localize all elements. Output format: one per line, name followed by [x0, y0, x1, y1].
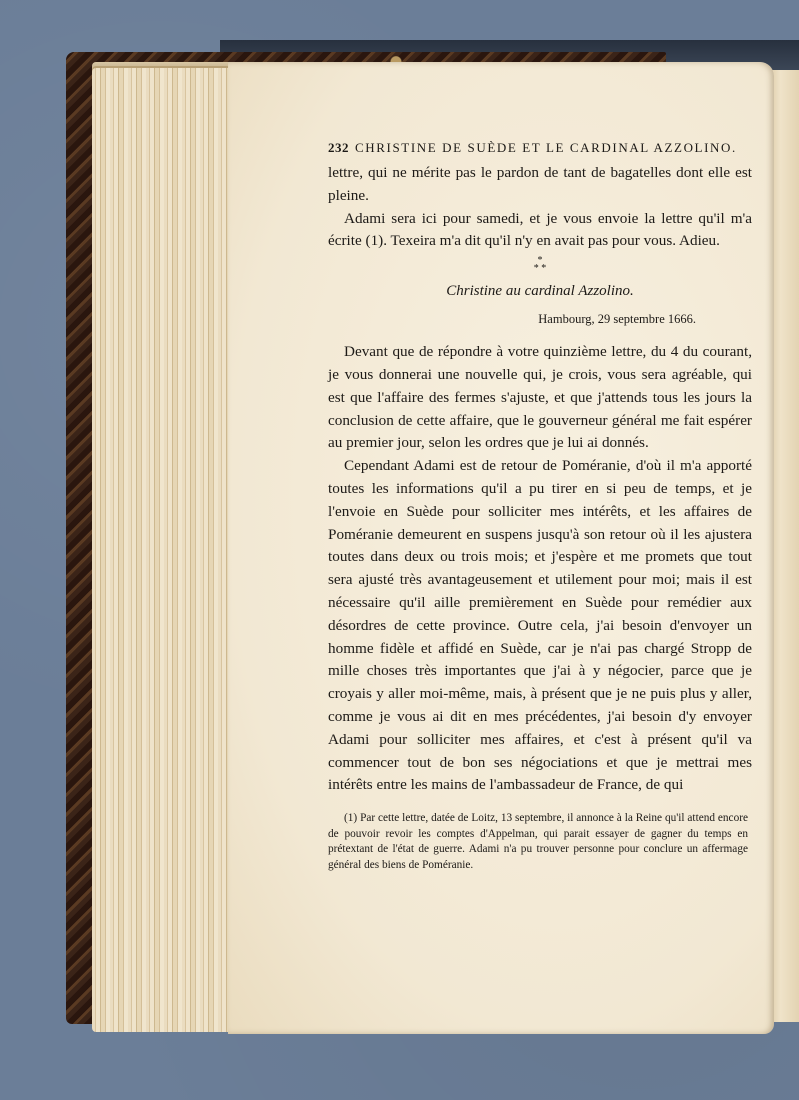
asterism-bottom: * * [328, 265, 752, 273]
page-number: 232 [328, 140, 349, 155]
paragraph-adami: Adami sera ici pour samedi, et je vous e… [328, 208, 752, 254]
page-content: 232CHRISTINE DE SUÈDE ET LE CARDINAL AZZ… [328, 140, 752, 873]
letter-paragraph-2: Cependant Adami est de retour de Poméran… [328, 455, 752, 797]
running-header: 232CHRISTINE DE SUÈDE ET LE CARDINAL AZZ… [328, 140, 752, 156]
running-title: CHRISTINE DE SUÈDE ET LE CARDINAL AZZOLI… [355, 140, 737, 155]
footnote-text: Par cette lettre, datée de Loitz, 13 sep… [328, 812, 748, 871]
letter-dateline: Hambourg, 29 septembre 1666. [328, 312, 752, 327]
letter-title: Christine au cardinal Azzolino. [328, 283, 752, 300]
footnote-marker: (1) [344, 812, 357, 824]
letter-paragraph-1: Devant que de répondre à votre quinzième… [328, 341, 752, 455]
paragraph-continuation: lettre, qui ne mérite pas le pardon de t… [328, 162, 752, 208]
body-text: lettre, qui ne mérite pas le pardon de t… [328, 162, 752, 253]
letter-body: Devant que de répondre à votre quinzième… [328, 341, 752, 797]
footnote-body: (1) Par cette lettre, datée de Loitz, 13… [328, 811, 748, 873]
footnote: (1) Par cette lettre, datée de Loitz, 13… [328, 811, 752, 873]
asterism-separator: * * * [328, 257, 752, 273]
book-page: 232CHRISTINE DE SUÈDE ET LE CARDINAL AZZ… [228, 62, 774, 1034]
